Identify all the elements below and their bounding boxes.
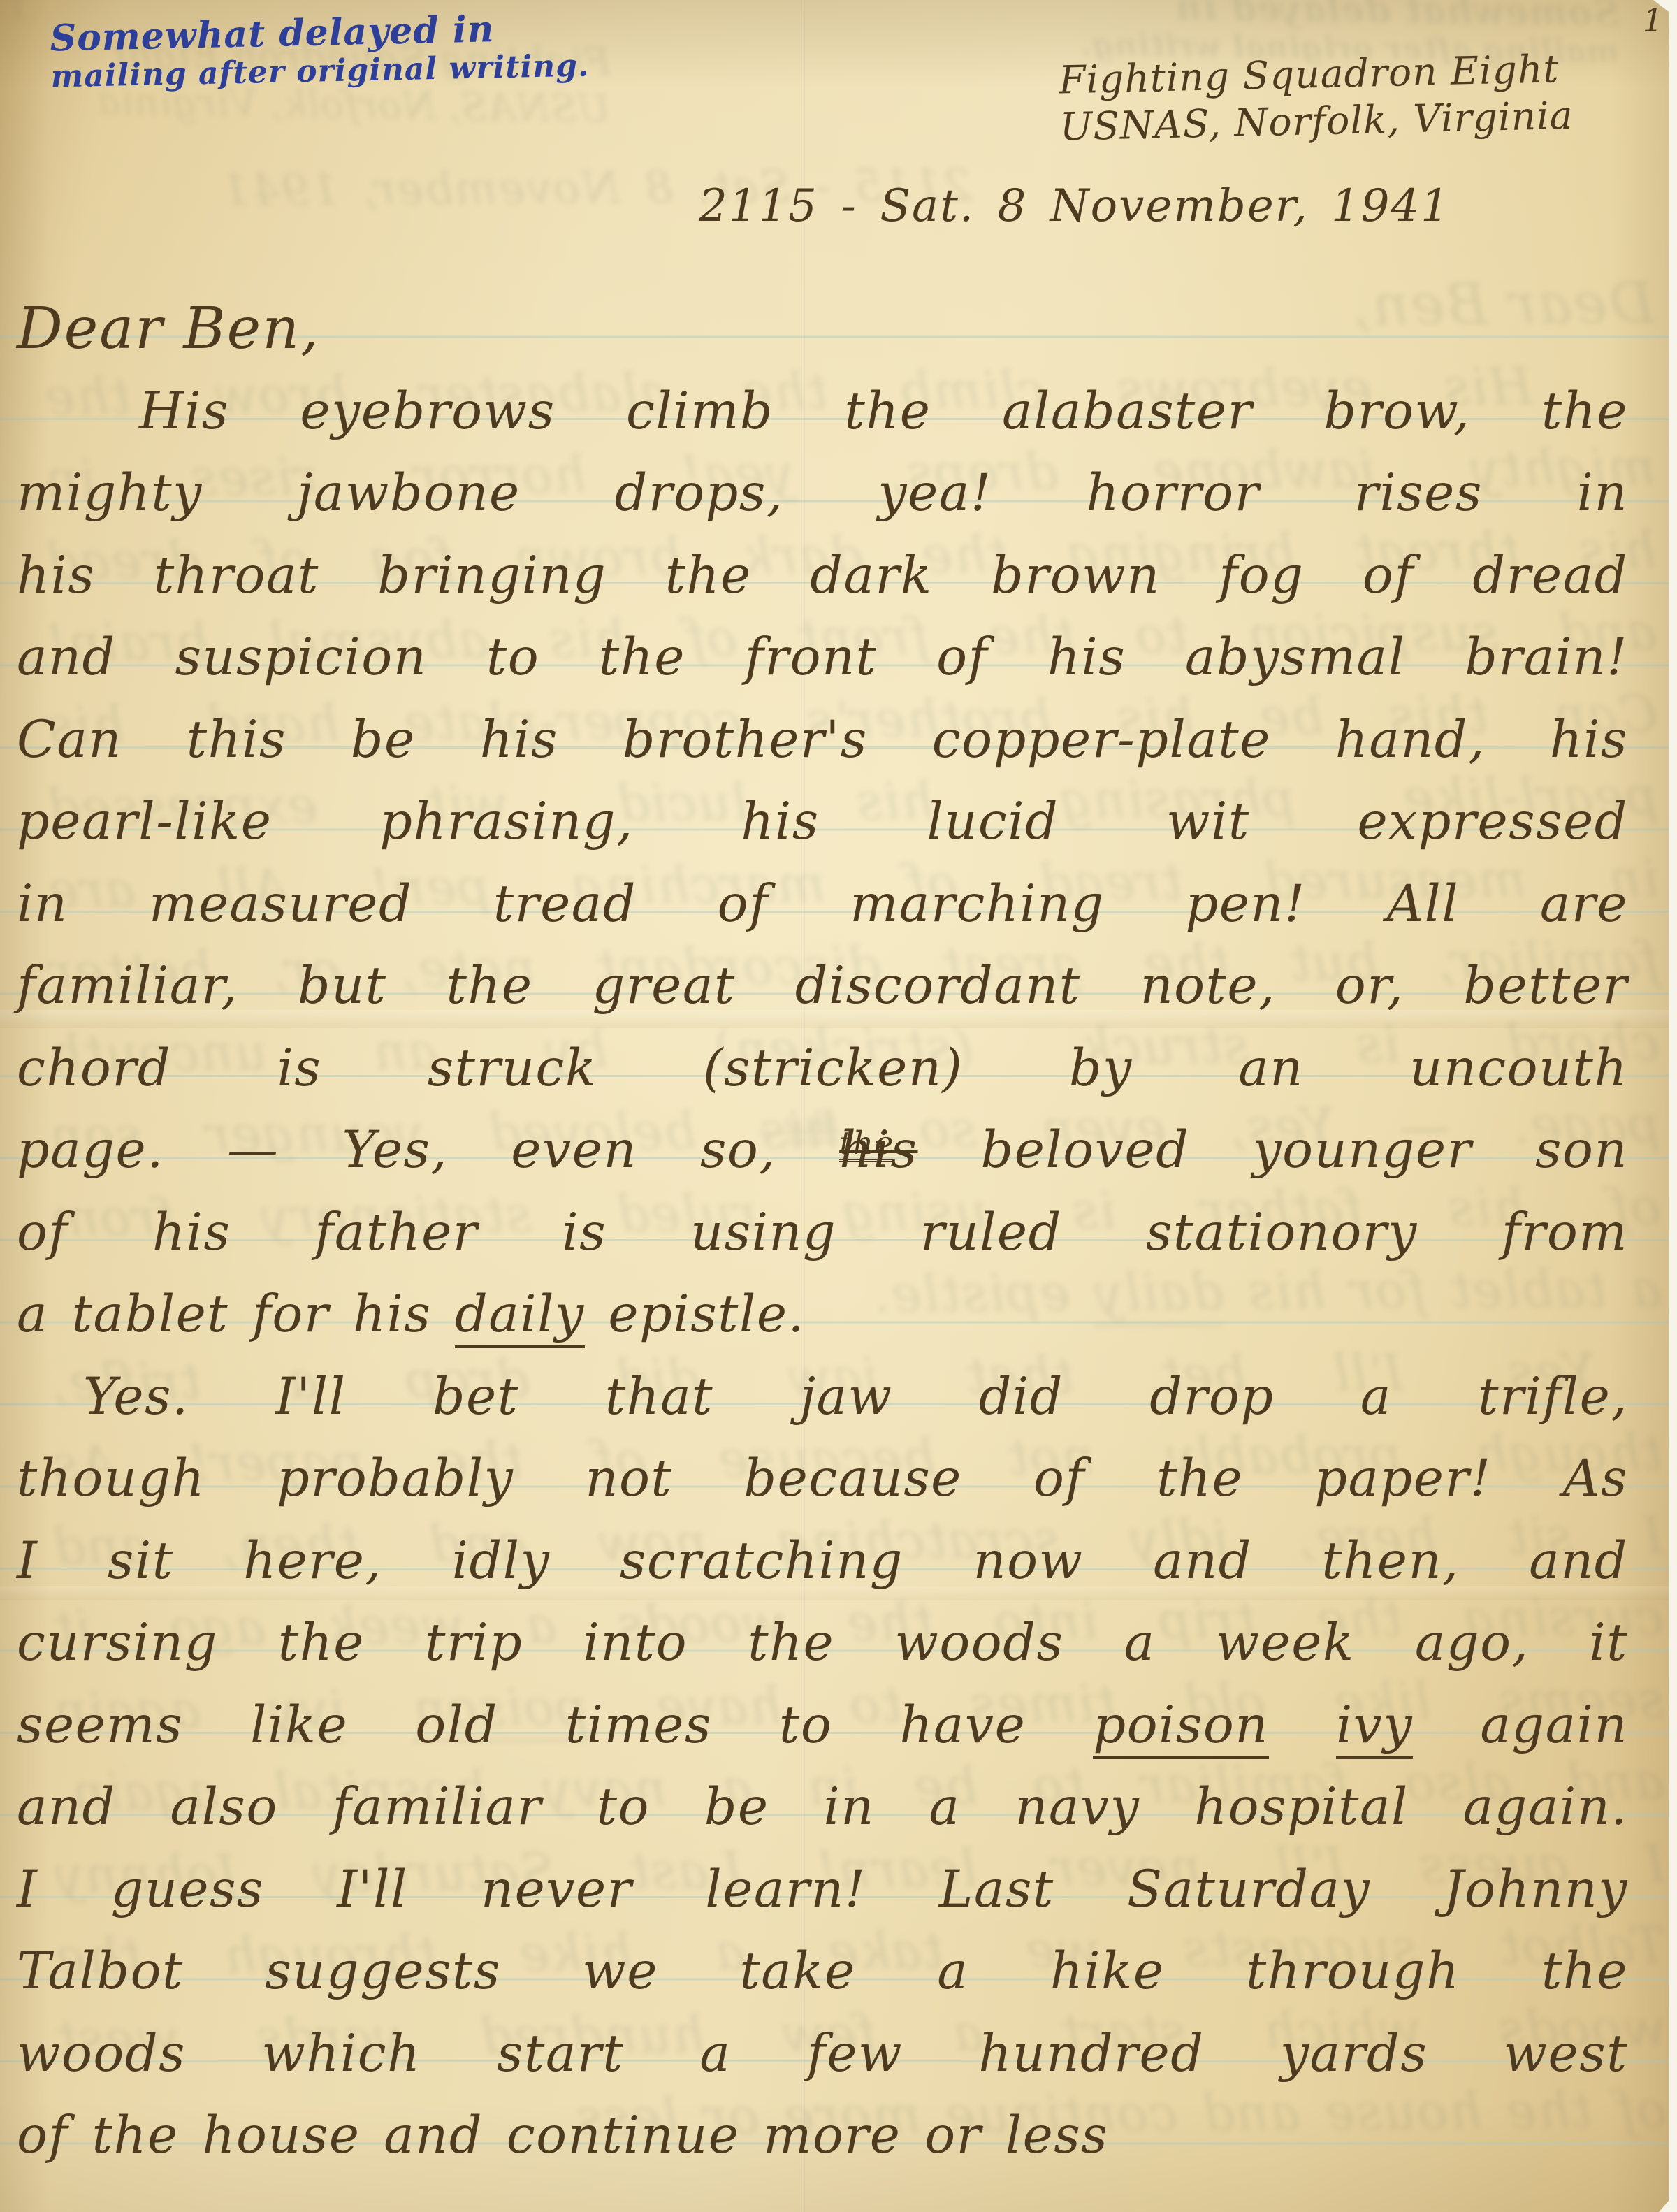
underlined-word: poison	[1093, 1696, 1268, 1759]
letter-line: and suspicion to the front of his abysma…	[17, 616, 1628, 699]
line-text: a tablet for his	[17, 1285, 431, 1344]
blue-annotation-note: Somewhat delayed in mailing after origin…	[50, 1, 820, 94]
letter-line: in measured tread of marching pen! All a…	[17, 863, 1628, 946]
letter-content: Somewhat delayed in mailing after origin…	[0, 0, 1677, 2212]
letter-line: woods which start a few hundred yards we…	[17, 2013, 1628, 2095]
line-text: beloved younger son	[981, 1120, 1628, 1180]
line-text: epistle.	[608, 1285, 805, 1344]
letter-line: I guess I'll never learn! Last Saturday …	[17, 1849, 1628, 1931]
letter-line: Yes. I'll bet that jaw did drop a trifle…	[17, 1356, 1628, 1438]
handwritten-correction: the his	[839, 1109, 917, 1192]
letter-line: and also familiar to be in a navy hospit…	[17, 1766, 1628, 1849]
letter-line: His eyebrows climb the alabaster brow, t…	[17, 370, 1628, 453]
letter-line: though probably not because of the paper…	[17, 1438, 1628, 1520]
letter-line: I sit here, idly scratching now and then…	[17, 1520, 1628, 1603]
letter-line-with-underline: a tablet for his daily epistle.	[17, 1273, 1628, 1356]
letter-line: Can this be his brother's copper-plate h…	[17, 699, 1628, 781]
letter-body: Dear Ben, His eyebrows climb the alabast…	[17, 288, 1628, 2177]
underlined-word: daily	[455, 1285, 585, 1348]
page-number: 1	[1643, 1, 1663, 39]
letter-line-with-underlines: seems like old times to have poison ivy …	[17, 1684, 1628, 1767]
letterhead: Fighting Squadron Eight USNAS, Norfolk, …	[1059, 43, 1648, 150]
letter-line: mighty jawbone drops, yea! horror rises …	[17, 452, 1628, 535]
line-text: seems like old times to have	[17, 1696, 1026, 1755]
letter-line: chord is struck (stricken) by an uncouth	[17, 1027, 1628, 1110]
line-text: page. — Yes, even so,	[17, 1120, 776, 1180]
letter-line: of the house and continue more or less	[17, 2095, 1628, 2177]
letter-line: of his father is using ruled stationory …	[17, 1192, 1628, 1274]
letter-line-with-correction: page. — Yes, even so, the his beloved yo…	[17, 1109, 1628, 1192]
letter-line: Talbot suggests we take a hike through t…	[17, 1930, 1628, 2013]
underlined-word: ivy	[1336, 1696, 1413, 1759]
letter-line: familiar, but the great discordant note,…	[17, 945, 1628, 1027]
letter-line: cursing the trip into the woods a week a…	[17, 1602, 1628, 1684]
scanned-letter-page: Somewhat delayed in mailing after origin…	[0, 0, 1677, 2212]
letter-line: pearl-like phrasing, his lucid wit expre…	[17, 781, 1628, 863]
letter-line: his throat bringing the dark brown fog o…	[17, 535, 1628, 617]
line-text: again	[1480, 1696, 1628, 1755]
salutation: Dear Ben,	[17, 288, 1628, 370]
dateline: 2115 - Sat. 8 November, 1941	[699, 180, 1635, 232]
inserted-word-above: the	[839, 1127, 894, 1162]
